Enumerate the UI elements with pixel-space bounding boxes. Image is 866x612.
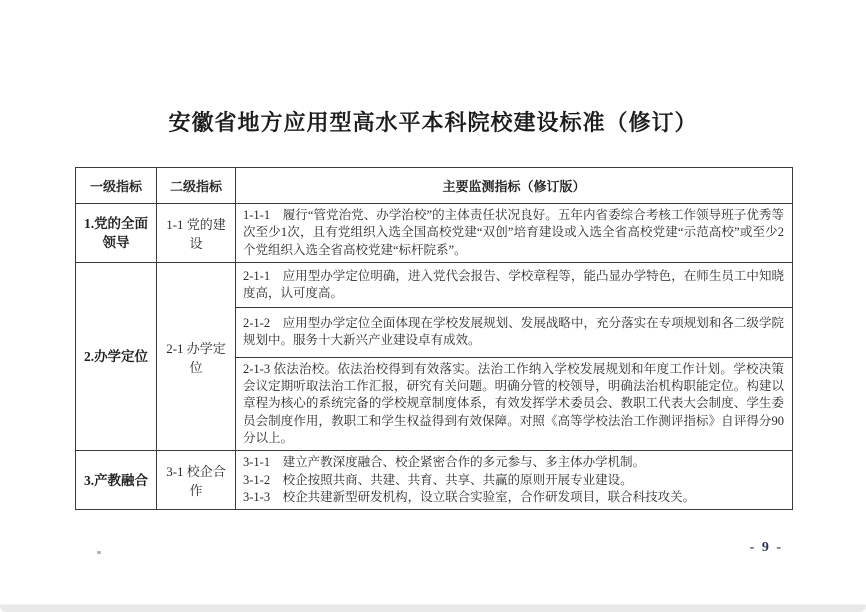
- cell-indicator-2-1-1: 2-1-1 应用型办学定位明确，进入党代会报告、学校章程等，能凸显办学特色，在师…: [236, 262, 793, 307]
- cell-level2-school-positioning: 2-1 办学定位: [157, 262, 236, 450]
- cell-indicator-1-1-1: 1-1-1 履行“管党治党、办学治校”的主体责任状况良好。五年内省委综合考核工作…: [236, 204, 793, 263]
- cell-level1-industry-education: 3.产教融合: [76, 451, 157, 510]
- standards-table: 一级指标 二级指标 主要监测指标（修订版） 1.党的全面领导 1-1 党的建设 …: [75, 167, 793, 510]
- cell-level1-party-leadership: 1.党的全面领导: [76, 204, 157, 263]
- cell-indicator-3-1-group: 3-1-1 建立产教深度融合、校企紧密合作的多元参与、多主体办学机制。 3-1-…: [236, 451, 793, 510]
- indicator-line-3-1-2: 3-1-2 校企按照共商、共建、共育、共享、共赢的原则开展专业建设。: [243, 472, 784, 489]
- cell-level1-school-positioning: 2.办学定位: [76, 262, 157, 450]
- col-header-level2: 二级指标: [157, 168, 236, 204]
- page-number: - 9 -: [750, 540, 783, 556]
- document-page: 安徽省地方应用型高水平本科院校建设标准（修订） 一级指标 二级指标 主要监测指标…: [0, 0, 866, 612]
- cell-indicator-2-1-3: 2-1-3 依法治校。依法治校得到有效落实。法治工作纳入学校发展规划和年度工作计…: [236, 357, 793, 450]
- cell-level2-party-building: 1-1 党的建设: [157, 204, 236, 263]
- col-header-indicators: 主要监测指标（修订版）: [236, 168, 793, 204]
- cell-indicator-2-1-2: 2-1-2 应用型办学定位全面体现在学校发展规划、发展战略中，充分落实在专项规划…: [236, 307, 793, 357]
- indicator-line-3-1-1: 3-1-1 建立产教深度融合、校企紧密合作的多元参与、多主体办学机制。: [243, 454, 784, 471]
- window-bottom-edge: [0, 604, 866, 612]
- table-row: 3.产教融合 3-1 校企合作 3-1-1 建立产教深度融合、校企紧密合作的多元…: [76, 451, 793, 510]
- stray-mark: [97, 551, 101, 554]
- indicator-line-3-1-3: 3-1-3 校企共建新型研发机构，设立联合实验室，合作研发项目，联合科技攻关。: [243, 489, 784, 506]
- table-row: 2.办学定位 2-1 办学定位 2-1-1 应用型办学定位明确，进入党代会报告、…: [76, 262, 793, 307]
- cell-level2-school-enterprise: 3-1 校企合作: [157, 451, 236, 510]
- table-header-row: 一级指标 二级指标 主要监测指标（修订版）: [76, 168, 793, 204]
- col-header-level1: 一级指标: [76, 168, 157, 204]
- page-title: 安徽省地方应用型高水平本科院校建设标准（修订）: [0, 106, 866, 137]
- table-row: 1.党的全面领导 1-1 党的建设 1-1-1 履行“管党治党、办学治校”的主体…: [76, 204, 793, 263]
